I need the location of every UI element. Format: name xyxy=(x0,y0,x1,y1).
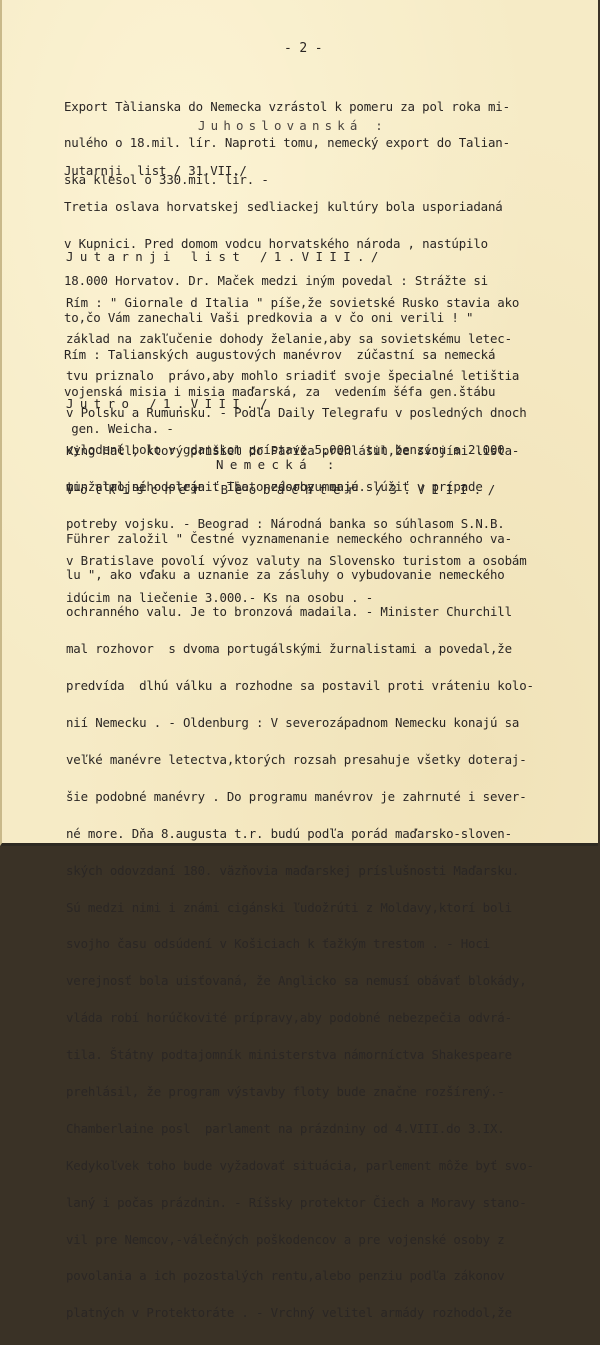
section-heading-juhoslovanska: Juhoslovanská : xyxy=(198,120,388,132)
source-title-jutarnji-list-1-viii: Jutarnji list /1.VIII./ xyxy=(66,251,385,263)
text-line: né more. Dňa 8.augusta t.r. budú podľa p… xyxy=(66,828,534,840)
source-title: Jutarnji list / 31.VII./ xyxy=(64,165,503,177)
text-line: predvída dlhú válku a rozhodne sa postav… xyxy=(66,680,534,692)
article-volkischer-beobachter-3-viii: Führer založil " Čestné vyznamenanie nem… xyxy=(66,508,534,850)
text-line: šie podobné manévry . Do programu manévr… xyxy=(66,791,534,803)
text-line: nií Nemecku . - Oldenburg : V severozápa… xyxy=(66,717,534,729)
text-line: Tretia oslava horvatskej sedliackej kult… xyxy=(64,201,503,213)
text-line: Export Tàlianska do Nemecka vzrástol k p… xyxy=(64,101,510,113)
source-title-jutro-1-viii: Jutro /1.VIII./ xyxy=(66,398,274,410)
text-line: King Hall, ktorý prišiel do Paríža prehl… xyxy=(66,445,519,457)
text-line: veľké manévre letectva,ktorých rozsah pr… xyxy=(66,754,534,766)
text-line: základ na zakľučenie dohody želanie,aby … xyxy=(66,333,527,345)
text-line: lu ", ako vďaku a uznanie za zásluhy o v… xyxy=(66,569,534,581)
text-line: Führer založil " Čestné vyznamenanie nem… xyxy=(66,533,534,545)
document-page: - 2 - Export Tàlianska do Nemecka vzrást… xyxy=(0,0,598,846)
text-line: tvu priznalo právo,aby mohlo sriadiť svo… xyxy=(66,370,527,382)
text-line: mal rozhovor s dvoma portugálskými žurna… xyxy=(66,643,534,655)
source-title-volkischer-beobachter-3-viii: Völkischer Beobachter /3.VIII./ xyxy=(66,484,502,496)
page-number: - 2 - xyxy=(284,43,322,55)
section-heading-nemecka: Nemecká : xyxy=(216,459,341,471)
text-line: Rím : " Giornale d Italia " píše,že sovi… xyxy=(66,297,527,309)
text-line: ochranného valu. Je to bronzová madaila.… xyxy=(66,606,534,618)
